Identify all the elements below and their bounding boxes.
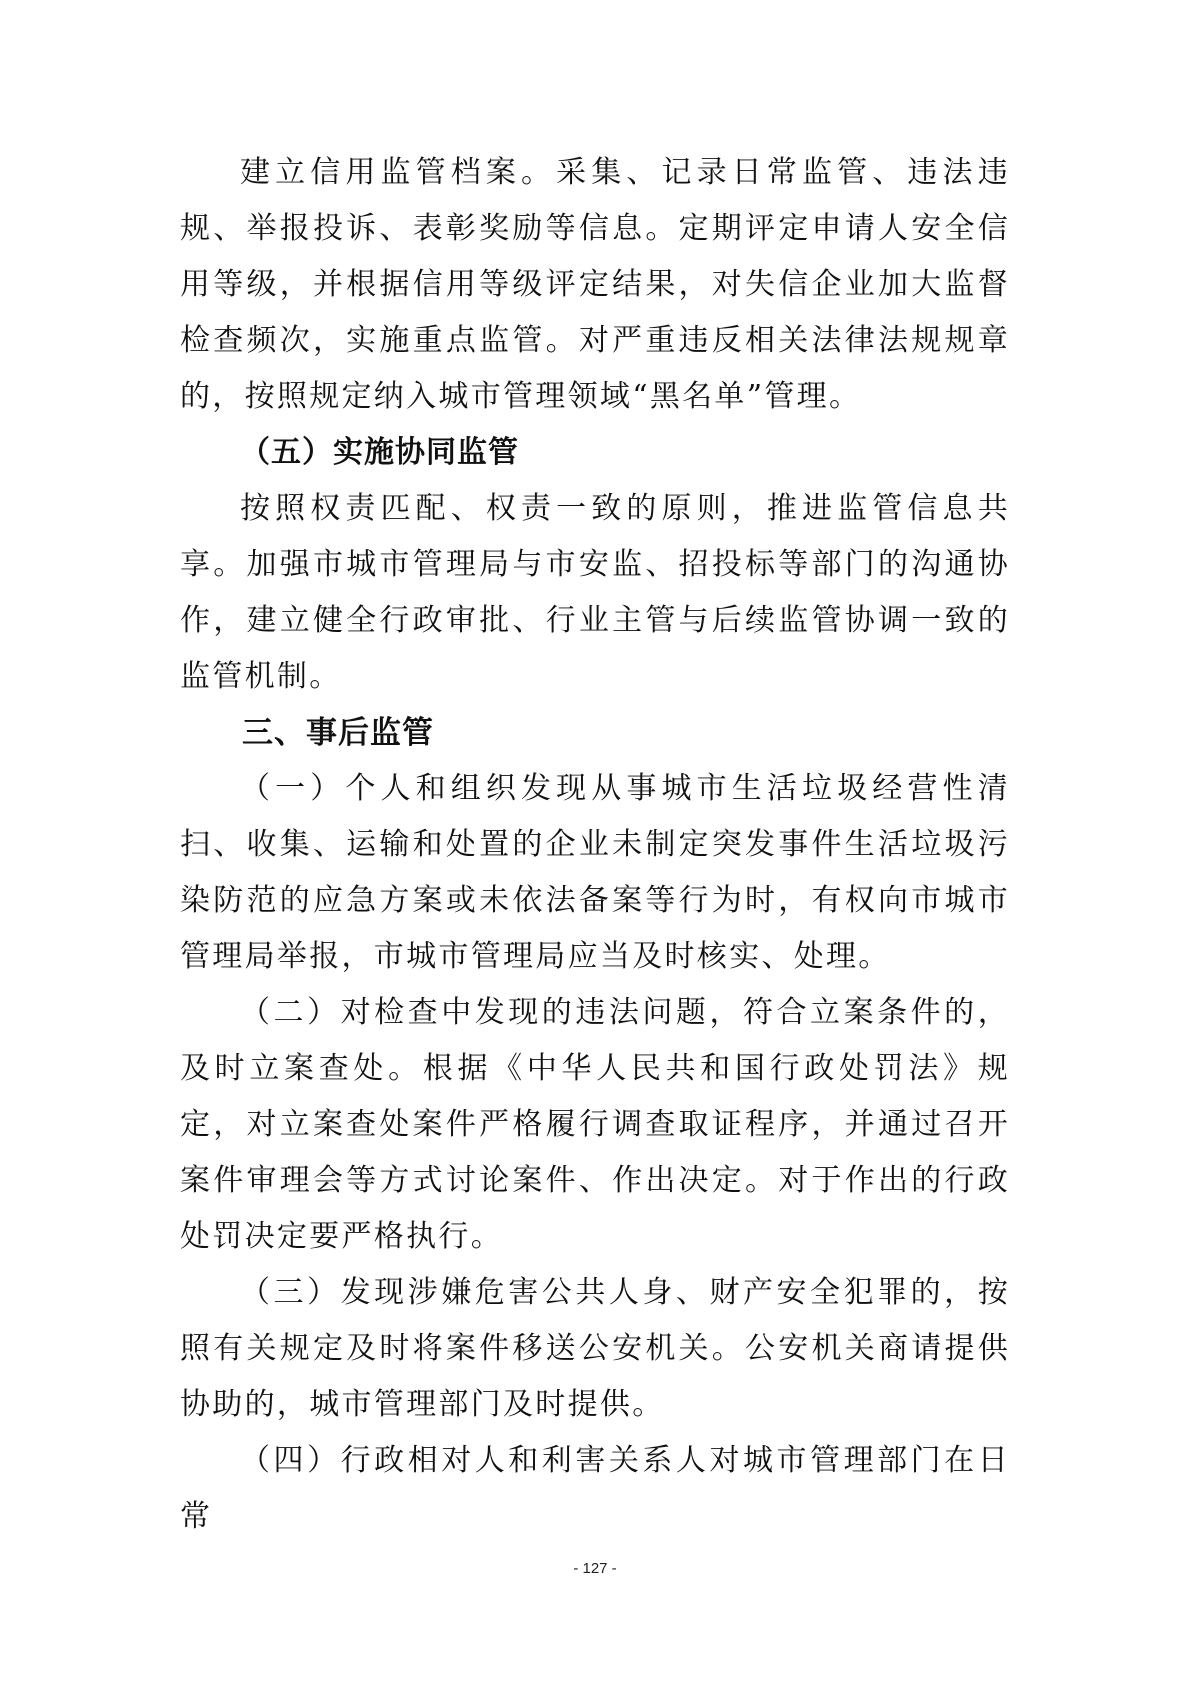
- paragraph-item-1: （一）个人和组织发现从事城市生活垃圾经营性清扫、收集、运输和处置的企业未制定突发…: [180, 761, 1010, 985]
- document-body: 建立信用监管档案。采集、记录日常监管、违法违规、举报投诉、表彰奖励等信息。定期评…: [180, 145, 1010, 1545]
- subheading-collaborative-supervision: （五）实施协同监管: [180, 425, 1010, 481]
- paragraph-item-2: （二）对检查中发现的违法问题，符合立案条件的，及时立案查处。根据《中华人民共和国…: [180, 985, 1010, 1265]
- paragraph-credit-archive: 建立信用监管档案。采集、记录日常监管、违法违规、举报投诉、表彰奖励等信息。定期评…: [180, 145, 1010, 425]
- section-heading-post-supervision: 三、事后监管: [180, 705, 1010, 761]
- paragraph-info-sharing: 按照权责匹配、权责一致的原则，推进监管信息共享。加强市城市管理局与市安监、招投标…: [180, 481, 1010, 705]
- paragraph-item-3: （三）发现涉嫌危害公共人身、财产安全犯罪的，按照有关规定及时将案件移送公安机关。…: [180, 1265, 1010, 1433]
- paragraph-item-4: （四）行政相对人和利害关系人对城市管理部门在日常: [180, 1433, 1010, 1545]
- document-page: 建立信用监管档案。采集、记录日常监管、违法违规、举报投诉、表彰奖励等信息。定期评…: [0, 0, 1190, 1683]
- page-number: - 127 -: [0, 1560, 1190, 1577]
